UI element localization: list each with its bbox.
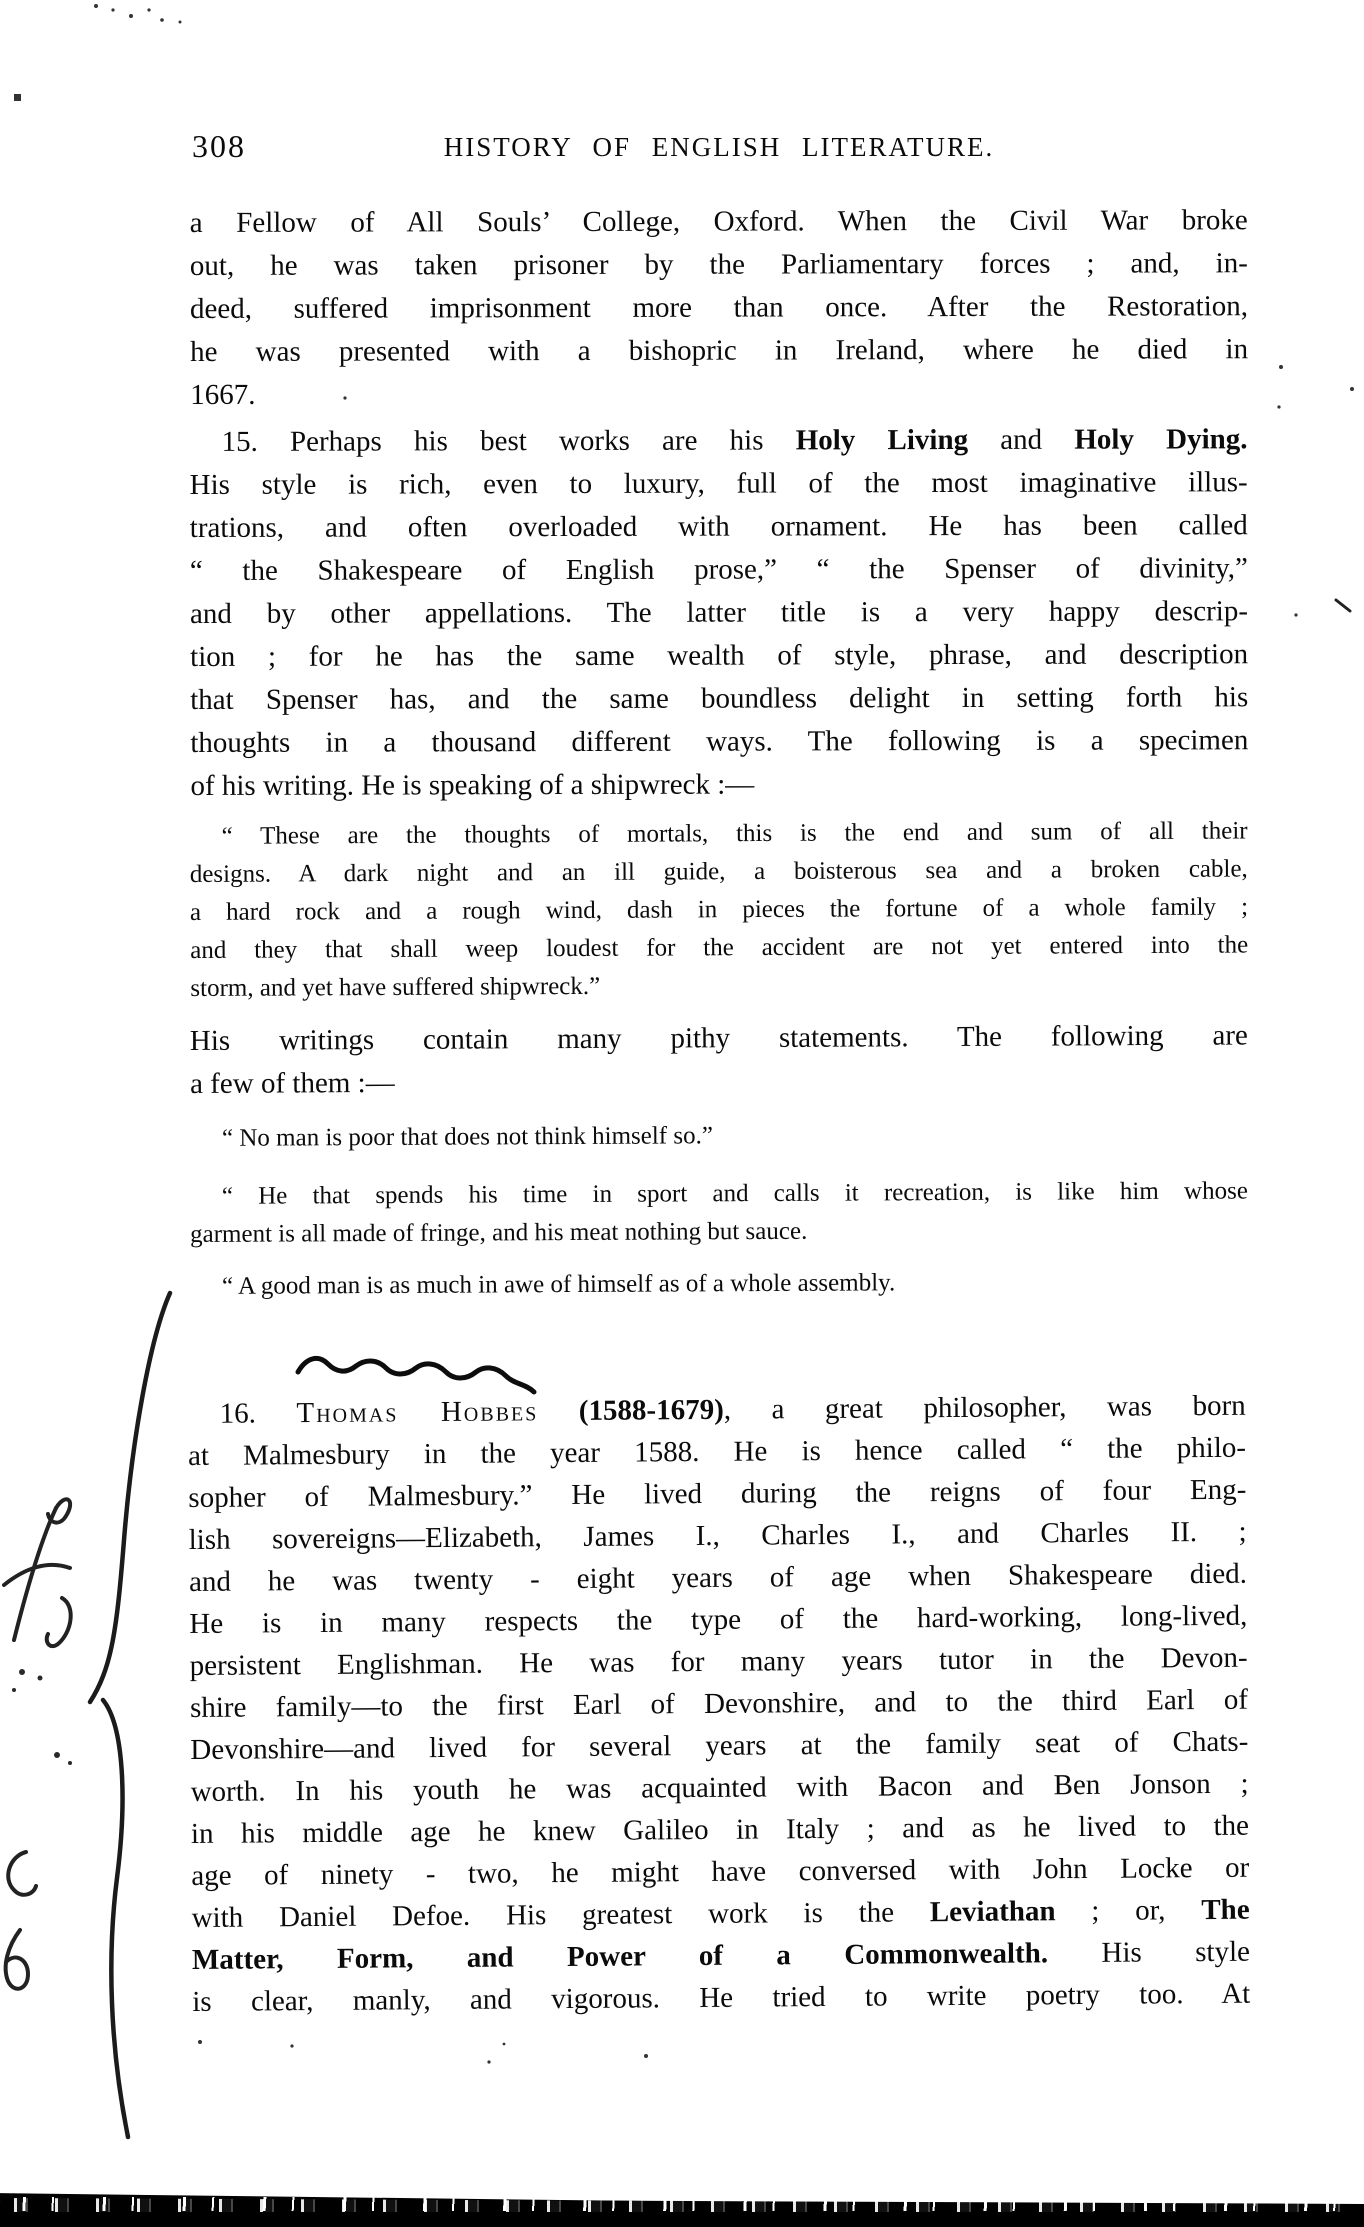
text-line: “ A good man is as much in awe of himsel… — [190, 1262, 1248, 1306]
text-line: a few of them :— — [190, 1057, 1248, 1106]
handwritten-squiggle-divider — [298, 1358, 534, 1392]
text-line: 1667. — [190, 371, 1248, 417]
text-line: that Spenser has, and the same boundless… — [190, 676, 1248, 722]
running-title: HISTORY OF ENGLISH LITERATURE. — [190, 126, 1248, 163]
text-line: designs. A dark night and an ill guide, … — [190, 850, 1248, 894]
text-line: “ These are the thoughts of mortals, thi… — [190, 812, 1248, 856]
scan-edge-solid-bar — [0, 2212, 1364, 2227]
text-line: “ He that spends his time in sport and c… — [190, 1172, 1248, 1216]
text-line: His writings contain many pithy statemen… — [190, 1014, 1248, 1063]
text-line: is clear, manly, and vigorous. He tried … — [192, 1973, 1250, 2023]
paragraph-section-16-hobbes: 16. Thomas Hobbes (1588-1679), a great p… — [188, 1385, 1251, 2023]
blockquote-sport-recreation: “ He that spends his time in sport and c… — [190, 1172, 1248, 1254]
scan-edge-band — [0, 2185, 1364, 2227]
text-line: a hard rock and a rough wind, dash in pi… — [190, 888, 1248, 932]
scan-tick-mark — [1336, 600, 1350, 611]
text-line: trations, and often overloaded with orna… — [190, 504, 1248, 550]
pencil-margin-bracket — [90, 1293, 170, 2137]
pencil-dot-marks — [12, 1669, 72, 1765]
text-line: garment is all made of fringe, and his m… — [190, 1210, 1248, 1254]
blockquote-good-man: “ A good man is as much in awe of himsel… — [190, 1262, 1248, 1306]
text-line: a Fellow of All Souls’ College, Oxford. … — [190, 199, 1248, 245]
text-line: 15. Perhaps his best works are his Holy … — [189, 418, 1247, 464]
text-line: tion ; for he has the same wealth of sty… — [190, 633, 1248, 679]
text-line: of his writing. He is speaking of a ship… — [190, 762, 1248, 808]
page-number: 308 — [192, 128, 246, 165]
scan-edge-noise-holes — [0, 2197, 1364, 2211]
text-line: “ the Shakespeare of English prose,” “ t… — [190, 547, 1248, 593]
paragraph-section-15: 15. Perhaps his best works are his Holy … — [189, 418, 1248, 808]
pencil-margin-scribbles — [4, 1499, 71, 1988]
text-line: deed, suffered imprisonment more than on… — [190, 285, 1248, 331]
text-line: and by other appellations. The latter ti… — [190, 590, 1248, 636]
paragraph-jeremy-taylor: a Fellow of All Souls’ College, Oxford. … — [190, 199, 1249, 417]
text-line: out, he was taken prisoner by the Parlia… — [190, 242, 1248, 288]
blockquote-no-man-poor: “ No man is poor that does not think him… — [190, 1114, 1248, 1158]
text-line: and they that shall weep loudest for the… — [190, 926, 1248, 970]
text-line: thoughts in a thousand different ways. T… — [190, 719, 1248, 765]
book-page: 308 HISTORY OF ENGLISH LITERATURE. a Fel… — [0, 0, 1364, 2227]
text-line: “ No man is poor that does not think him… — [190, 1114, 1248, 1158]
blockquote-shipwreck: “ These are the thoughts of mortals, thi… — [190, 812, 1249, 1008]
text-line: he was presented with a bishopric in Ire… — [190, 328, 1248, 374]
page-header: 308 HISTORY OF ENGLISH LITERATURE. — [190, 126, 1248, 172]
paragraph-pithy-intro: His writings contain many pithy statemen… — [190, 1014, 1248, 1106]
text-line: storm, and yet have suffered shipwreck.” — [190, 964, 1248, 1008]
text-line: His style is rich, even to luxury, full … — [190, 461, 1248, 507]
